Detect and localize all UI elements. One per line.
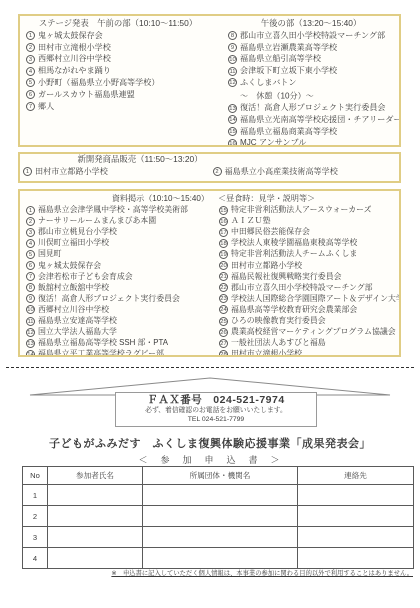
list-item-label: 西郷村立川谷中学校 — [38, 54, 111, 63]
list-item-label: 国立大学法人福島大学 — [38, 327, 117, 336]
list-item-label: 鬼ヶ城太鼓保存会 — [38, 261, 101, 270]
list-item: 26農業高校経営マーケティングプログラム協議会 — [216, 326, 397, 337]
cell-organization — [143, 485, 298, 506]
list-item: 16ＡＩＺＵ塾 — [216, 215, 397, 226]
circled-number: 8 — [228, 31, 237, 40]
cell-organization — [143, 548, 298, 569]
docs-left-list: 1福島県立会津学鳳中学校・高等学校美術部 2ナーサリールームまんまびあ本園 3郡… — [23, 204, 213, 357]
circled-number: 25 — [219, 317, 228, 326]
list-item: 3西郷村立川谷中学校 — [23, 53, 213, 65]
list-item-label: 福島県立会津学鳳中学校・高等学校美術部 — [38, 205, 188, 214]
list-item-label: 特定非営利活動法人チームふくしま — [231, 249, 357, 258]
list-item-label: ガールスカウト福島県連盟 — [38, 90, 135, 99]
circled-number: 3 — [26, 55, 35, 64]
stage-afternoon-list: 8郡山市立喜久田小学校特設マーチング部 9福島県立岩瀬農業高等学校 10福島県立… — [225, 30, 397, 147]
cell-no: 2 — [23, 506, 48, 527]
list-item: 7郷人 — [23, 101, 213, 113]
list-item-label: 福島県立岩瀬農業高等学校 — [240, 43, 337, 52]
list-item: 15特定非営利活動法人アースウォーカーズ — [216, 204, 397, 215]
list-item: 20田村市立都路小学校 — [216, 260, 397, 271]
list-item-label: 農業高校経営マーケティングプログラム協議会 — [231, 327, 396, 336]
list-item: 8郡山市立喜久田小学校特設マーチング部 — [225, 30, 397, 42]
list-item: 15福島県立福島商業高等学校 — [225, 126, 397, 138]
circled-number: 27 — [219, 339, 228, 348]
list-item: 12ふくしまバトン — [225, 77, 397, 89]
cell-participant-name — [48, 527, 143, 548]
list-item-label: 会津若松市子ども会育成会 — [38, 272, 133, 281]
list-item: 18学校法人東稜学園福島東稜高等学校 — [216, 237, 397, 248]
list-item-label: 中田郷民俗芸能保存会 — [231, 227, 310, 236]
circled-number: 22 — [219, 283, 228, 292]
circled-number: 9 — [26, 294, 35, 303]
circled-number: 24 — [219, 305, 228, 314]
list-item: 1田村市立都路小学校 — [20, 166, 210, 178]
list-item: 28田村市立滝根小学校 — [216, 348, 397, 357]
circled-number: 14 — [228, 115, 237, 124]
circled-number: 3 — [26, 228, 35, 237]
application-table: No 参加者氏名 所属団体・機関名 連絡先 1 2 3 — [22, 466, 414, 569]
circled-number: 2 — [26, 217, 35, 226]
list-item-label: 特定非営利活動法人アースウォーカーズ — [231, 205, 372, 214]
list-item-label: 川俣町立福田小学校 — [38, 238, 109, 247]
list-item: 23学校法人国際総合学園国際アート＆デザイン大学校高等課程 — [216, 293, 397, 304]
event-title: 子どもがふみだす ふくしま復興体験応援事業「成果発表会」 — [0, 435, 420, 451]
list-item: 9福島県立岩瀬農業高等学校 — [225, 42, 397, 54]
circled-number: 16 — [219, 217, 228, 226]
table-row: 4 — [23, 548, 414, 569]
table-row: 1 — [23, 485, 414, 506]
list-item-label: ふくしまバトン — [240, 78, 297, 87]
list-item-label: 福島民報社復興戦略実行委員会 — [231, 272, 341, 281]
list-item: 10西郷村立川谷中学校 — [23, 304, 213, 315]
list-item-label: 福島県立光南高等学校応援団・チアリーダー部 — [240, 115, 401, 124]
list-item: 17中田郷民俗芸能保存会 — [216, 226, 397, 237]
list-item-label: 福島県立福島商業高等学校 — [240, 127, 337, 136]
tel-number: TEL 024-521-7799 — [116, 416, 316, 425]
list-item: 14福島県立平工業高等学校ラグビー部 — [23, 348, 213, 357]
circled-number: 1 — [26, 31, 35, 40]
document-display-box: 資料掲示（10:10～15:40） 1福島県立会津学鳳中学校・高等学校美術部 2… — [18, 189, 401, 357]
list-item: 5小野町（福島県立小野高等学校） — [23, 77, 213, 89]
cell-no: 4 — [23, 548, 48, 569]
list-item: 21福島民報社復興戦略実行委員会 — [216, 271, 397, 282]
list-item-label: 田村市立滝根小学校 — [231, 349, 302, 357]
circled-number: 12 — [228, 78, 237, 87]
list-item-label: 福島県立福島高等学校 SSH 部・PTA — [38, 338, 168, 347]
cell-participant-name — [48, 548, 143, 569]
circled-number: 26 — [219, 328, 228, 337]
circled-number: 2 — [26, 43, 35, 52]
stage-morning-list: 1鬼ヶ城太鼓保存会 2田村市立滝根小学校 3西郷村立川谷中学校 4相馬ながれやま… — [23, 30, 213, 113]
privacy-note: ※ 申込書に記入していただく個人情報は、本事業の参加に関わる目的以外で利用するこ… — [111, 568, 413, 577]
list-item-label: 福島県高等学校教育研究会農業部会 — [231, 305, 357, 314]
list-item-label: 田村市立都路小学校 — [231, 261, 302, 270]
docs-lunch-title: ＜昼食時：見学・説明等＞ — [216, 193, 397, 204]
list-item-label: 田村市立滝根小学校 — [38, 43, 111, 52]
list-item: 2ナーサリールームまんまびあ本園 — [23, 215, 213, 226]
stage-program-box: ステージ発表 午前の部（10:10～11:50） 1鬼ヶ城太鼓保存会 2田村市立… — [18, 14, 401, 147]
circled-number: 28 — [219, 350, 228, 357]
list-item-label: ～ 休憩（10分）～ — [240, 91, 314, 100]
list-item: 9復活！高倉人形プロジェクト実行委員会 — [23, 293, 213, 304]
circled-number: 17 — [219, 228, 228, 237]
list-item: 13復活！高倉人形プロジェクト実行委員会 — [225, 102, 397, 114]
list-item: 14福島県立光南高等学校応援団・チアリーダー部 — [225, 114, 397, 126]
cell-participant-name — [48, 506, 143, 527]
circled-number: 19 — [219, 250, 228, 259]
list-item-label: 学校法人国際総合学園国際アート＆デザイン大学校高等課程 — [231, 294, 401, 303]
stage-morning-title: ステージ発表 午前の部（10:10～11:50） — [23, 18, 213, 30]
list-item: 4川俣町立福田小学校 — [23, 237, 213, 248]
docs-right-list: 15特定非営利活動法人アースウォーカーズ 16ＡＩＺＵ塾 17中田郷民俗芸能保存… — [216, 204, 397, 357]
list-item: 6鬼ヶ城太鼓保存会 — [23, 260, 213, 271]
circled-number: 20 — [219, 261, 228, 270]
cell-organization — [143, 506, 298, 527]
cell-no: 1 — [23, 485, 48, 506]
list-item-label: 小野町（福島県立小野高等学校） — [38, 78, 159, 87]
list-item-label: 会津坂下町立坂下東小学校 — [240, 66, 337, 75]
product-sales-box: 新開発商品販売（11:50～13:20） 1田村市立都路小学校 2福島県立小高産… — [18, 152, 401, 183]
circled-number: 1 — [23, 167, 32, 176]
docs-left-column: 資料掲示（10:10～15:40） 1福島県立会津学鳳中学校・高等学校美術部 2… — [23, 193, 213, 357]
list-item: 2田村市立滝根小学校 — [23, 42, 213, 54]
list-item-label: 郡山市立喜久田小学校特設マーチング部 — [231, 283, 372, 292]
list-item-label: 福島県立平工業高等学校ラグビー部 — [38, 349, 164, 357]
list-item-label: 福島県立小高産業技術高等学校 — [225, 167, 338, 176]
list-item-label: 田村市立都路小学校 — [35, 167, 108, 176]
list-item: 5国見町 — [23, 248, 213, 259]
fax-confirmation-note: 必ず、着信確認のお電話をお願いいたします。 — [116, 407, 316, 416]
stage-morning-column: ステージ発表 午前の部（10:10～11:50） 1鬼ヶ城太鼓保存会 2田村市立… — [23, 18, 213, 112]
list-item: 7会津若松市子ども会育成会 — [23, 271, 213, 282]
list-item: 13福島県立福島高等学校 SSH 部・PTA — [23, 337, 213, 348]
list-item-label: 福島県立安達高等学校 — [38, 316, 117, 325]
circled-number: 9 — [228, 43, 237, 52]
circled-number: 6 — [26, 90, 35, 99]
circled-number: 15 — [228, 127, 237, 136]
list-item: 24福島県高等学校教育研究会農業部会 — [216, 304, 397, 315]
list-item: 12国立大学法人福島大学 — [23, 326, 213, 337]
circled-number: 2 — [213, 167, 222, 176]
circled-number: 13 — [26, 339, 35, 348]
circled-number: 12 — [26, 328, 35, 337]
col-header-no: No — [23, 467, 48, 485]
list-item-label: 鬼ヶ城太鼓保存会 — [38, 31, 103, 40]
list-item-label: 一般社団法人あすびと福島 — [231, 338, 326, 347]
list-item-label: 郡山市立桃見台小学校 — [38, 227, 117, 236]
circled-number: 1 — [26, 206, 35, 215]
circled-number: 11 — [26, 317, 35, 326]
circled-number: 18 — [219, 239, 228, 248]
list-item-label: 相馬ながれやま踊り — [38, 66, 111, 75]
col-header-contact: 連絡先 — [298, 467, 414, 485]
col-header-participant-name: 参加者氏名 — [48, 467, 143, 485]
list-item-label: 西郷村立川谷中学校 — [38, 305, 109, 314]
circled-number: 11 — [228, 67, 237, 76]
cut-dashed-line — [6, 367, 414, 368]
product-sales-list: 1田村市立都路小学校 2福島県立小高産業技術高等学校 — [20, 166, 399, 178]
list-item-label: 復活！高倉人形プロジェクト実行委員会 — [38, 294, 180, 303]
circled-number: 4 — [26, 67, 35, 76]
list-item-label: 学校法人東稜学園福島東稜高等学校 — [231, 238, 357, 247]
col-header-organization: 所属団体・機関名 — [143, 467, 298, 485]
list-item: 19特定非営利活動法人チームふくしま — [216, 248, 397, 259]
stage-afternoon-column: 午後の部（13:20～15:40） 8郡山市立喜久田小学校特設マーチング部 9福… — [225, 18, 397, 147]
cell-contact — [298, 527, 414, 548]
circled-number: 4 — [26, 239, 35, 248]
list-item-label: ひろの映像教育実行委員会 — [231, 316, 326, 325]
table-row: 2 — [23, 506, 414, 527]
table-header-row: No 参加者氏名 所属団体・機関名 連絡先 — [23, 467, 414, 485]
circled-number: 5 — [26, 250, 35, 259]
cell-participant-name — [48, 485, 143, 506]
cell-no: 3 — [23, 527, 48, 548]
circled-number: 7 — [26, 272, 35, 281]
circled-number: 14 — [26, 350, 35, 357]
application-sheet-title: ＜ 参 加 申 込 書 ＞ — [0, 453, 420, 466]
list-item-label: 復活！高倉人形プロジェクト実行委員会 — [240, 103, 386, 112]
circled-number: 16 — [228, 139, 237, 147]
circled-number: 6 — [26, 261, 35, 270]
list-item: 2福島県立小高産業技術高等学校 — [210, 166, 400, 178]
list-item-label: 郷人 — [38, 102, 54, 111]
list-item: 8飯舘村立飯舘中学校 — [23, 282, 213, 293]
list-item: ～ 休憩（10分）～ — [225, 89, 397, 102]
list-item-label: 郡山市立喜久田小学校特設マーチング部 — [240, 31, 385, 40]
docs-right-column: ＜昼食時：見学・説明等＞ 15特定非営利活動法人アースウォーカーズ 16ＡＩＺＵ… — [216, 193, 397, 357]
circled-number: 13 — [228, 104, 237, 113]
docs-title: 資料掲示（10:10～15:40） — [23, 193, 213, 204]
list-item: 11会津坂下町立坂下東小学校 — [225, 65, 397, 77]
product-sales-title: 新開発商品販売（11:50～13:20） — [20, 154, 260, 166]
circled-number: 8 — [26, 283, 35, 292]
cell-contact — [298, 506, 414, 527]
cell-organization — [143, 527, 298, 548]
cell-contact — [298, 485, 414, 506]
list-item-label: MJC アンサンブル — [240, 138, 306, 147]
list-item-label: 福島県立船引高等学校 — [240, 54, 321, 63]
list-item: 22郡山市立喜久田小学校特設マーチング部 — [216, 282, 397, 293]
list-item-label: 飯舘村立飯舘中学校 — [38, 283, 109, 292]
table-row: 3 — [23, 527, 414, 548]
list-item: 27一般社団法人あすびと福島 — [216, 337, 397, 348]
fax-info-box: ＦＡＸ番号 024-521-7974 必ず、着信確認のお電話をお願いいたします。… — [115, 392, 317, 427]
list-item: 25ひろの映像教育実行委員会 — [216, 315, 397, 326]
list-item: 1福島県立会津学鳳中学校・高等学校美術部 — [23, 204, 213, 215]
cell-contact — [298, 548, 414, 569]
list-item: 3郡山市立桃見台小学校 — [23, 226, 213, 237]
list-item: 4相馬ながれやま踊り — [23, 65, 213, 77]
circled-number: 10 — [228, 55, 237, 64]
list-item: 1鬼ヶ城太鼓保存会 — [23, 30, 213, 42]
circled-number: 10 — [26, 305, 35, 314]
circled-number: 15 — [219, 206, 228, 215]
list-item-label: ＡＩＺＵ塾 — [231, 216, 270, 225]
table-body: 1 2 3 4 — [23, 485, 414, 569]
list-item-label: 国見町 — [38, 249, 62, 258]
circled-number: 5 — [26, 78, 35, 87]
circled-number: 21 — [219, 272, 228, 281]
list-item-label: ナーサリールームまんまびあ本園 — [38, 216, 156, 225]
list-item: 10福島県立船引高等学校 — [225, 53, 397, 65]
stage-afternoon-title: 午後の部（13:20～15:40） — [225, 18, 397, 30]
list-item: 6ガールスカウト福島県連盟 — [23, 89, 213, 101]
list-item: 16MJC アンサンブル — [225, 137, 397, 147]
circled-number: 7 — [26, 102, 35, 111]
list-item: 11福島県立安達高等学校 — [23, 315, 213, 326]
fax-number: ＦＡＸ番号 024-521-7974 — [116, 394, 316, 407]
circled-number: 23 — [219, 294, 228, 303]
